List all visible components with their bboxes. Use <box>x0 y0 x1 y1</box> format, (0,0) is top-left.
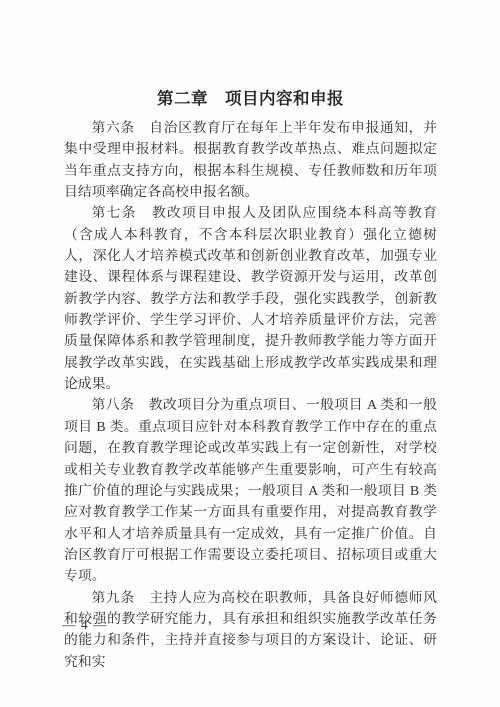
body-paragraph-article-6: 第六条 自治区教育厅在每年上半年发布申报通知，并集中受理申报材料。根据教育教学改… <box>64 117 437 202</box>
body-paragraph-article-8: 第八条 教改项目分为重点项目、一般项目 A 类和一般项目 B 类。重点项目应针对… <box>64 394 437 586</box>
page-content: 第二章 项目内容和申报 第六条 自治区教育厅在每年上半年发布申报通知，并集中受理… <box>64 88 437 672</box>
body-paragraph-article-7: 第七条 教改项目申报人及团队应围绕本科高等教育（含成人本科教育，不含本科层次职业… <box>64 202 437 394</box>
body-paragraph-article-9: 第九条 主持人应为高校在职教师，具备良好师德师风和较强的教学研究能力，具有承担和… <box>64 587 437 672</box>
document-page: 第二章 项目内容和申报 第六条 自治区教育厅在每年上半年发布申报通知，并集中受理… <box>0 0 500 707</box>
page-number: — 4 — <box>62 616 108 634</box>
chapter-title: 第二章 项目内容和申报 <box>64 88 437 110</box>
